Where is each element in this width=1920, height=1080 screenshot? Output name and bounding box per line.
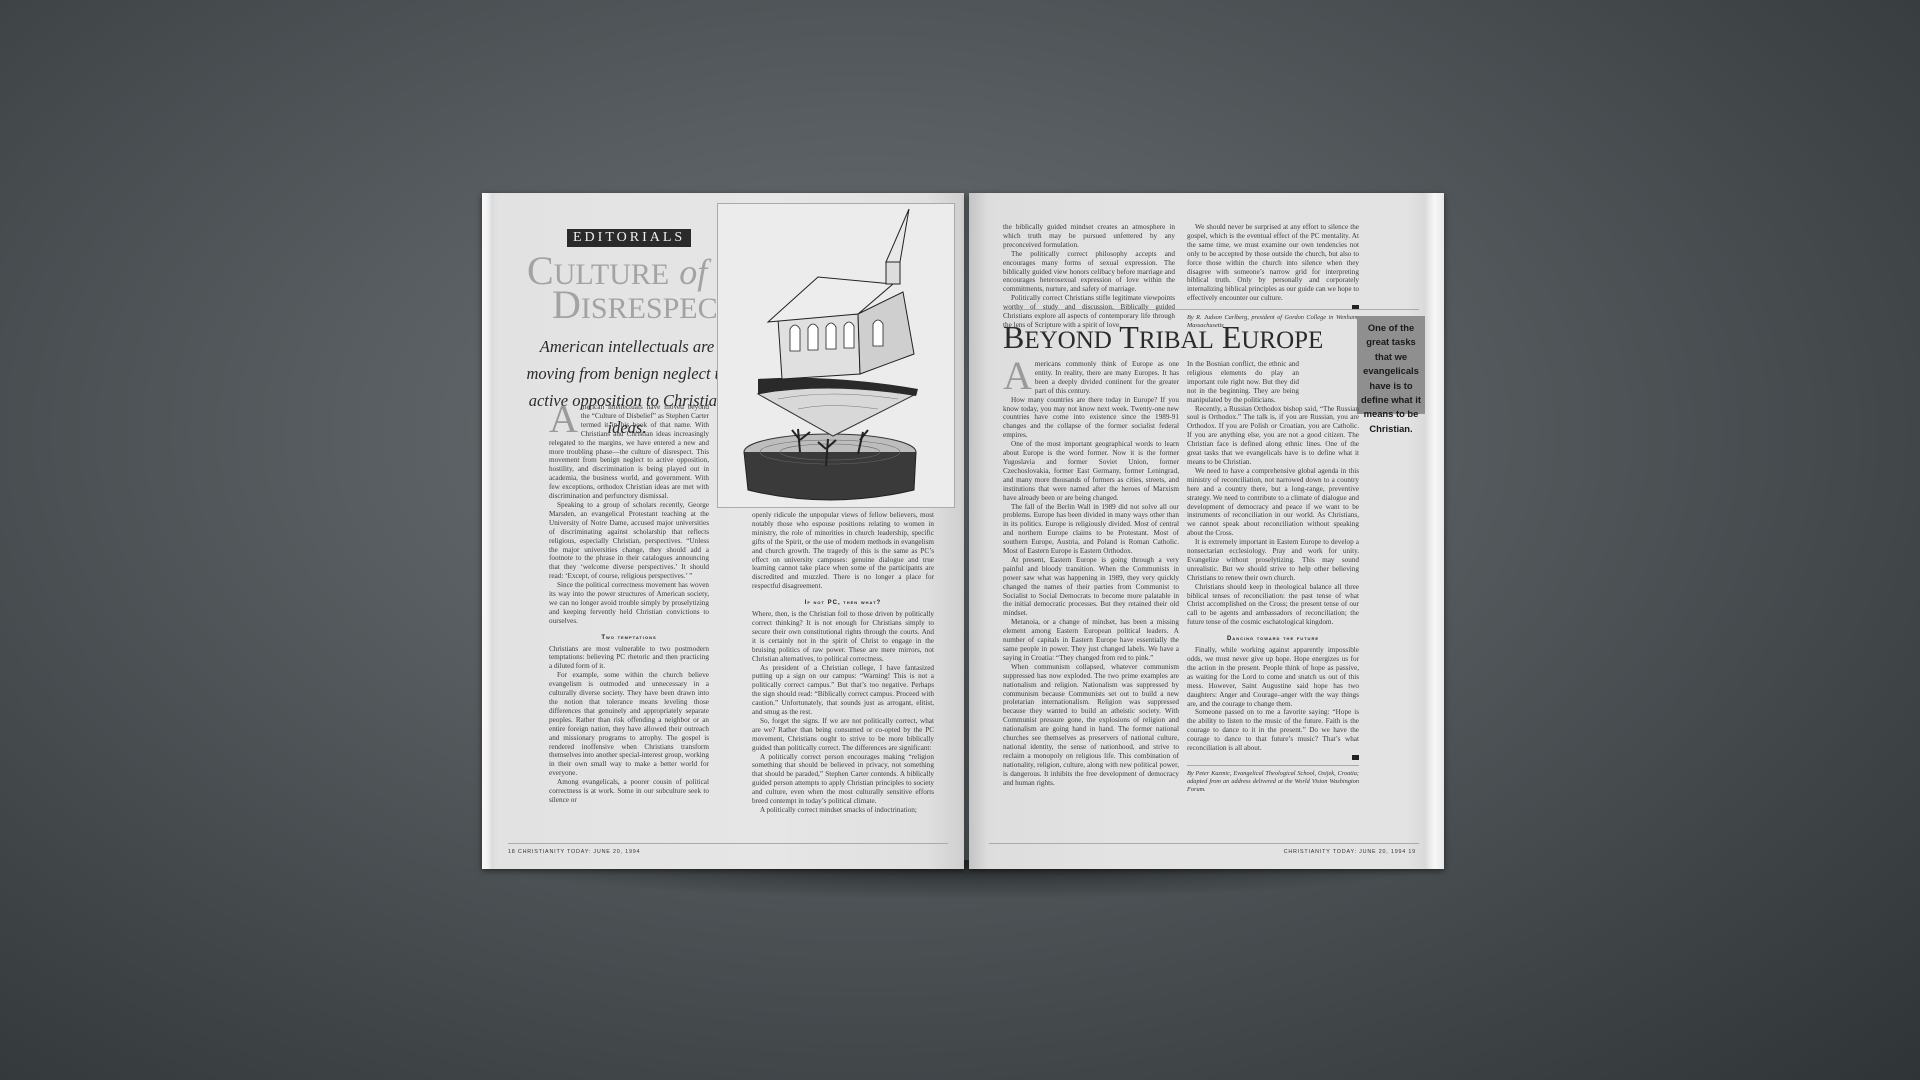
magazine-spread: EDITORIALS CULTURE of DISRESPECT America… bbox=[482, 193, 1444, 869]
section-divider bbox=[1003, 309, 1419, 310]
pull-quote: One of the great tasks that we evangelic… bbox=[1357, 316, 1425, 414]
subhead-dancing-toward-future: Dancing toward the future bbox=[1187, 635, 1359, 644]
church-illustration bbox=[717, 203, 955, 508]
left-column-1: American intellectuals have moved beyond… bbox=[549, 403, 709, 805]
subhead-two-temptations: Two temptations bbox=[549, 634, 709, 643]
right-column-1: Americans commonly think of Europe as on… bbox=[1003, 360, 1179, 788]
right-column-2: In the Bosnian conflict, the ethnic and … bbox=[1187, 360, 1359, 794]
right-top-column-2: We should never be surprised at any effo… bbox=[1187, 223, 1359, 330]
page-folio-right: CHRISTIANITY TODAY: JUNE 20, 1994 19 bbox=[1284, 849, 1416, 855]
right-top-column-1: the biblically guided mindset creates an… bbox=[1003, 223, 1175, 330]
end-mark-icon bbox=[1352, 755, 1359, 760]
subhead-if-not-pc: If not PC, then what? bbox=[752, 599, 934, 608]
byline-kuzmic: By Peter Kuzmic, Evangelical Theological… bbox=[1187, 770, 1359, 794]
church-on-stump-icon bbox=[718, 204, 954, 507]
left-column-2: openly ridicule the unpopular views of f… bbox=[752, 511, 934, 815]
article-title-line2: DISRESPECT bbox=[552, 285, 736, 325]
right-page: the biblically guided mindset creates an… bbox=[969, 193, 1444, 869]
section-label: EDITORIALS bbox=[567, 229, 691, 247]
footer-rule bbox=[508, 843, 948, 844]
page-folio-left: 18 CHRISTIANITY TODAY: JUNE 20, 1994 bbox=[508, 849, 640, 855]
left-page: EDITORIALS CULTURE of DISRESPECT America… bbox=[482, 193, 964, 869]
drop-cap: A bbox=[1003, 360, 1032, 392]
drop-cap: A bbox=[549, 403, 578, 435]
footer-rule bbox=[989, 843, 1419, 844]
article-title-beyond-tribal-europe: BEYOND TRIBAL EUROPE bbox=[1003, 321, 1323, 353]
